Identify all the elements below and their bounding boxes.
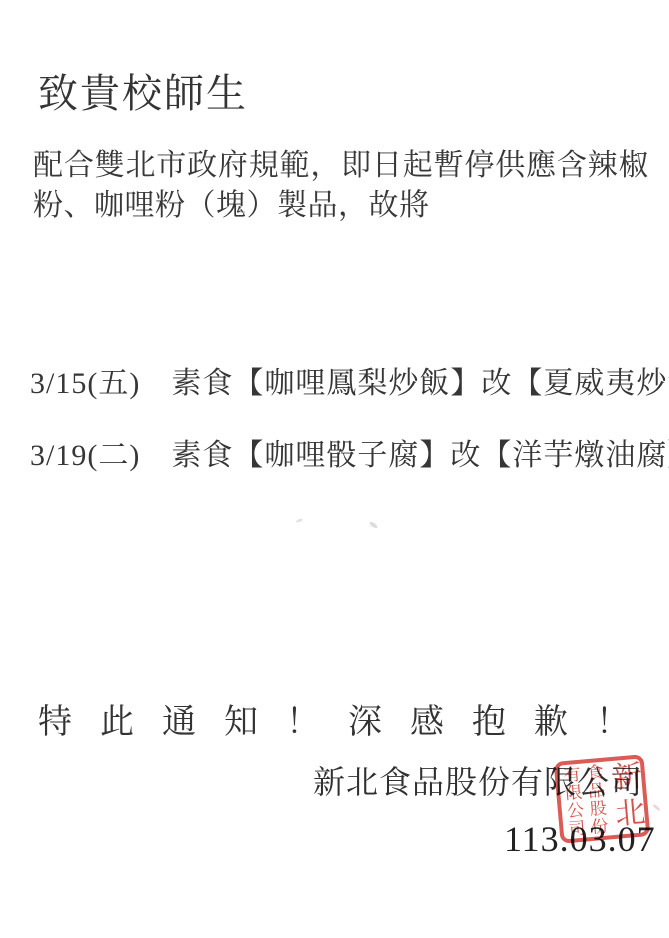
scan-noise-speck bbox=[652, 803, 661, 811]
notice-body: 配合雙北市政府規範，即日起暫停供應含辣椒粉、咖哩粉（塊）製品，故將 bbox=[33, 146, 649, 226]
scan-noise-speck bbox=[369, 521, 379, 529]
company-seal-stamp: 新北 食品股份 有限公司 bbox=[554, 754, 651, 844]
notice-document: 致貴校師生 配合雙北市政府規範，即日起暫停供應含辣椒粉、咖哩粉（塊）製品，故將 … bbox=[0, 0, 669, 938]
stamp-column-middle: 食品股份 bbox=[584, 763, 607, 836]
stamp-column-right: 新北 bbox=[607, 760, 643, 834]
menu-change-line-2: 3/19(二) 素食【咖哩骰子腐】改【洋芋燉油腐】 bbox=[30, 438, 669, 474]
stamp-column-left: 有限公司 bbox=[561, 765, 584, 838]
closing-statement: 特此通知！深感抱歉！ bbox=[38, 702, 658, 744]
salutation-title: 致貴校師生 bbox=[38, 62, 248, 119]
menu-change-line-1: 3/15(五) 素食【咖哩鳳梨炒飯】改【夏威夷炒飯】 bbox=[30, 366, 669, 402]
scan-noise-speck bbox=[296, 518, 304, 523]
